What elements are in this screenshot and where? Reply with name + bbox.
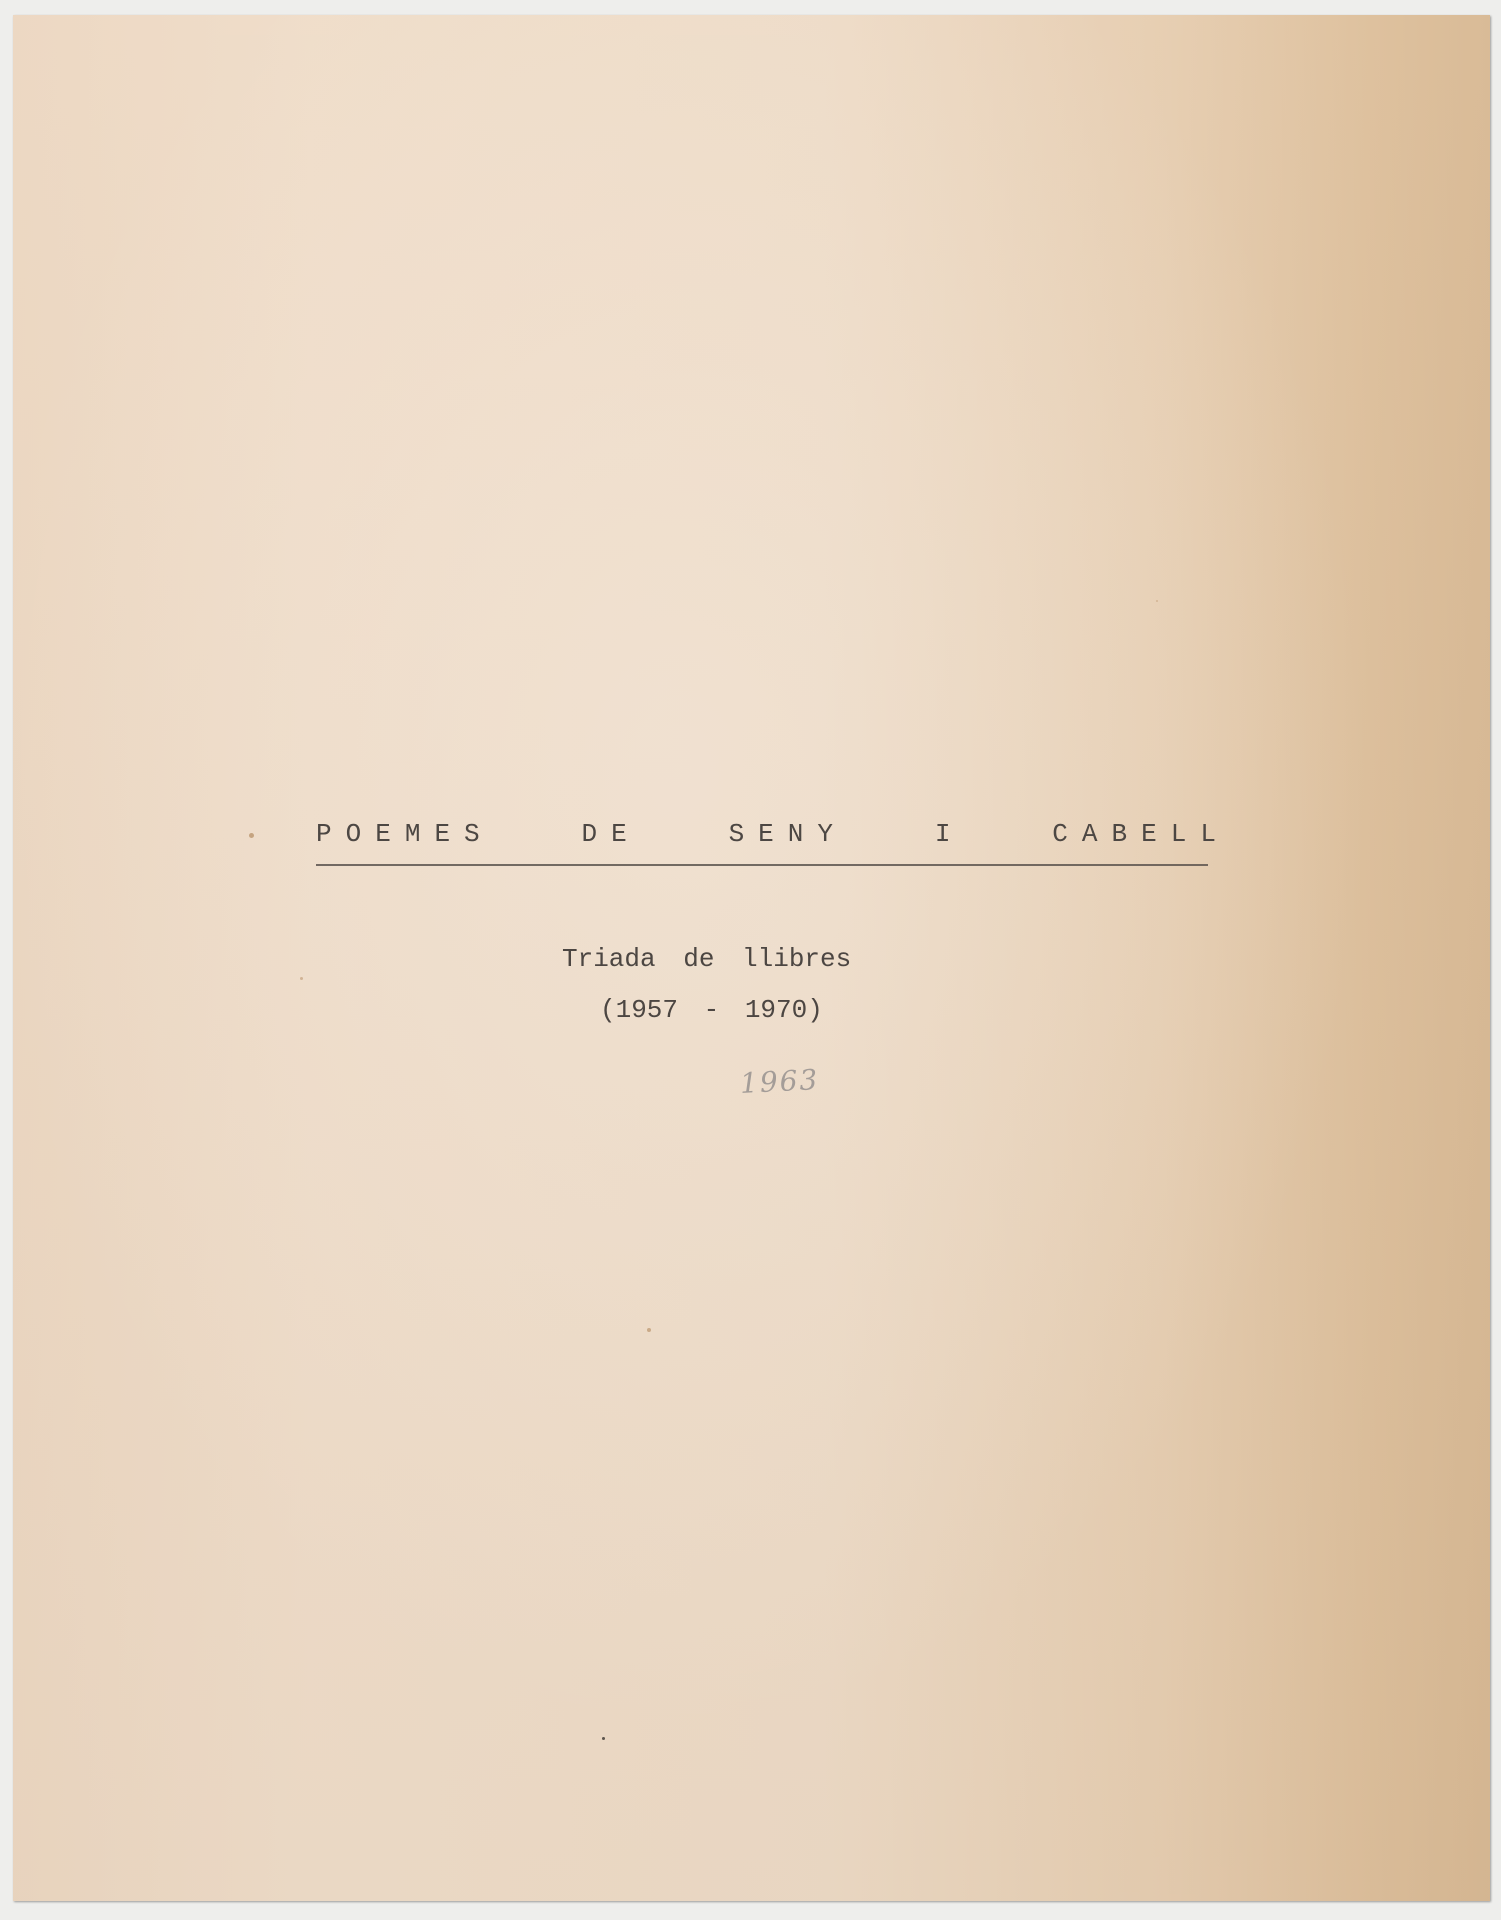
paper-speck [647, 1328, 651, 1332]
paper-speck [1156, 600, 1158, 602]
title-letter: E [611, 819, 627, 849]
title-word: CABELL [1052, 819, 1216, 849]
title-word: I [935, 819, 951, 849]
title-letter: E [434, 819, 450, 849]
title-letter: Y [817, 819, 833, 849]
title-letter: E [758, 819, 774, 849]
title-letter: E [375, 819, 391, 849]
title-letter: C [1052, 819, 1068, 849]
paper-speck [300, 977, 303, 980]
title-letter: S [464, 819, 480, 849]
paper-speck [249, 833, 254, 838]
handwritten-year-annotation: 1963 [739, 1063, 820, 1100]
title-word: POEMES [316, 819, 480, 849]
title-word: SENY [729, 819, 833, 849]
title-letter: P [316, 819, 332, 849]
document-title: POEMES DE SENY I CABELL [316, 819, 1216, 849]
title-letter: B [1112, 819, 1128, 849]
title-letter: L [1171, 819, 1187, 849]
title-word: DE [582, 819, 627, 849]
title-letter: N [788, 819, 804, 849]
title-letter: O [346, 819, 362, 849]
date-range: (1957 - 1970) [600, 995, 823, 1025]
paper-sheet: POEMES DE SENY I CABELL Triada de llibre… [13, 15, 1490, 1901]
title-letter: I [935, 819, 951, 849]
title-letter: S [729, 819, 745, 849]
document-subtitle: Triada de llibres [562, 944, 851, 974]
title-letter: D [582, 819, 598, 849]
title-letter: E [1141, 819, 1157, 849]
title-underline [316, 864, 1208, 866]
title-letter: L [1200, 819, 1216, 849]
title-letter: M [405, 819, 421, 849]
paper-speck [602, 1737, 605, 1740]
title-letter: A [1082, 819, 1098, 849]
